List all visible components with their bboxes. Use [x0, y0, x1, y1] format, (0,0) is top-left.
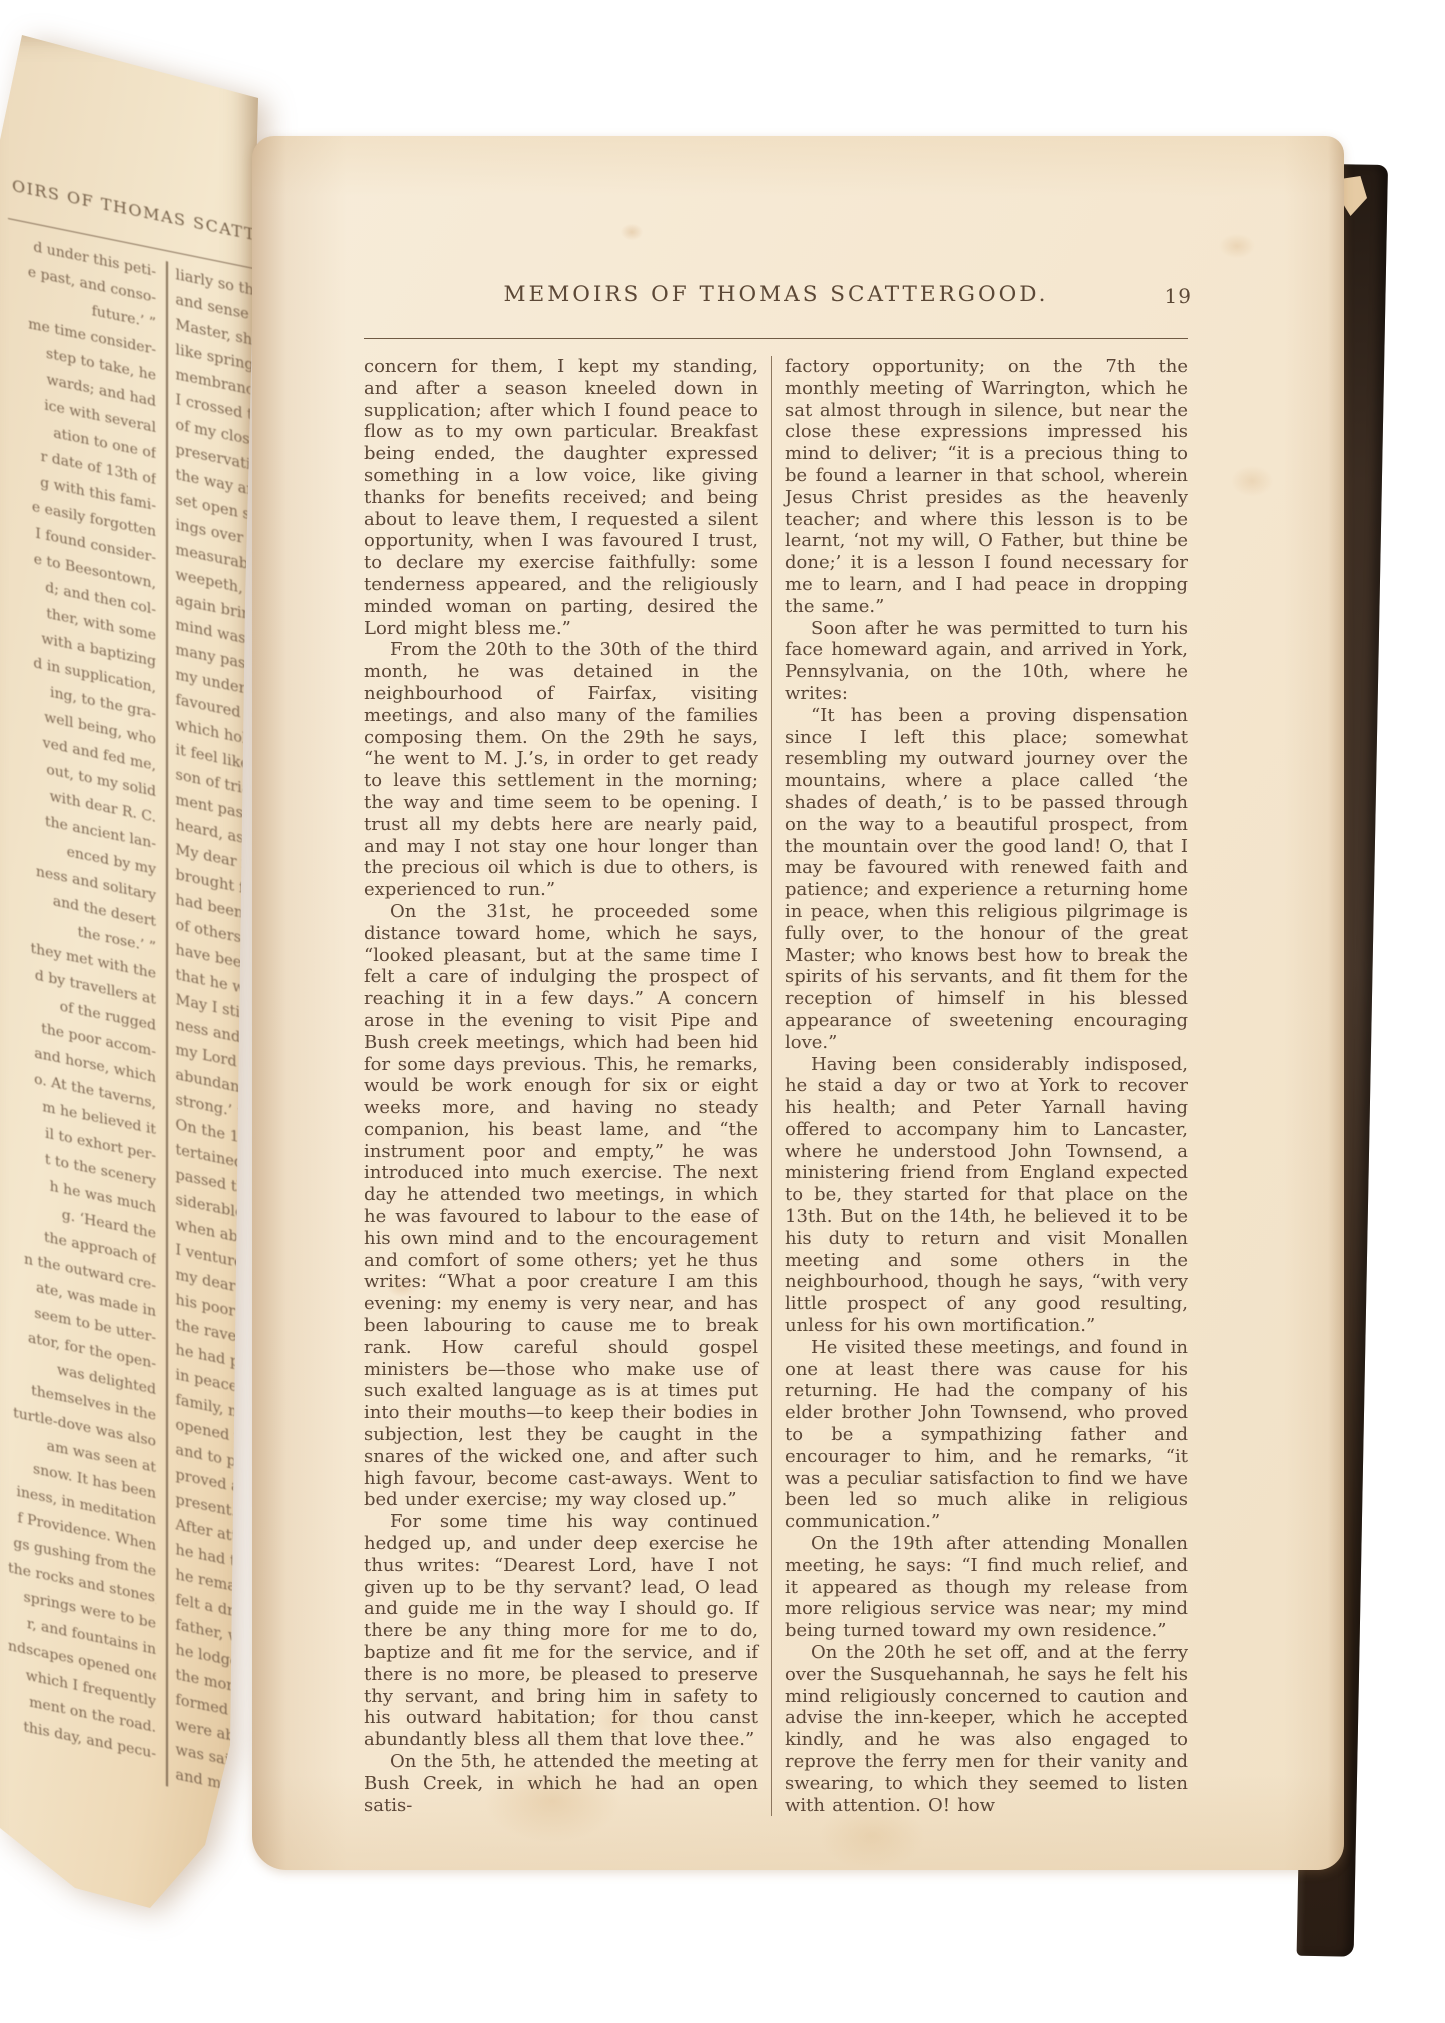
running-header: MEMOIRS OF THOMAS SCATTERGOOD.	[503, 282, 1048, 307]
column-divider-rule	[166, 261, 168, 1786]
paragraph: On the 5th, he attended the meeting at B…	[364, 1751, 758, 1816]
paragraph: concern for them, I kept my standing, an…	[364, 356, 758, 639]
text-column-1: concern for them, I kept my standing, an…	[364, 356, 758, 1816]
header-rule	[364, 338, 1188, 339]
right-page-content: MEMOIRS OF THOMAS SCATTERGOOD. 19 concer…	[364, 282, 1188, 1816]
paragraph: On the 20th he set off, and at the ferry…	[785, 1642, 1188, 1816]
paragraph: “It has been a proving dispensation sinc…	[785, 705, 1188, 1054]
paragraph: Soon after he was permitted to turn his …	[785, 618, 1188, 705]
text-column-2: factory opportunity; on the 7th the mont…	[771, 356, 1188, 1816]
page-header: MEMOIRS OF THOMAS SCATTERGOOD. 19	[364, 282, 1188, 312]
paragraph: On the 31st, he proceeded some distance …	[364, 901, 758, 1511]
paragraph: He visited these meetings, and found in …	[785, 1337, 1188, 1533]
right-page: MEMOIRS OF THOMAS SCATTERGOOD. 19 concer…	[252, 136, 1344, 1870]
left-page-surface: OIRS OF THOMAS SCATTERGOOD. d under this…	[0, 25, 262, 1975]
paragraph: Having been considerably indisposed, he …	[785, 1054, 1188, 1337]
page-number: 19	[1165, 284, 1192, 308]
paragraph: For some time his way continued hedged u…	[364, 1511, 758, 1751]
paragraph: From the 20th to the 30th of the third m…	[364, 639, 758, 901]
text-columns: concern for them, I kept my standing, an…	[364, 356, 1188, 1816]
book-photo: OIRS OF THOMAS SCATTERGOOD. d under this…	[0, 0, 1445, 2023]
paragraph: factory opportunity; on the 7th the mont…	[785, 356, 1188, 618]
paragraph: On the 19th after attending Monallen mee…	[785, 1533, 1188, 1642]
left-page: OIRS OF THOMAS SCATTERGOOD. d under this…	[0, 25, 262, 1975]
left-page-column-1: d under this peti-e past, and conso-futu…	[8, 229, 156, 1784]
